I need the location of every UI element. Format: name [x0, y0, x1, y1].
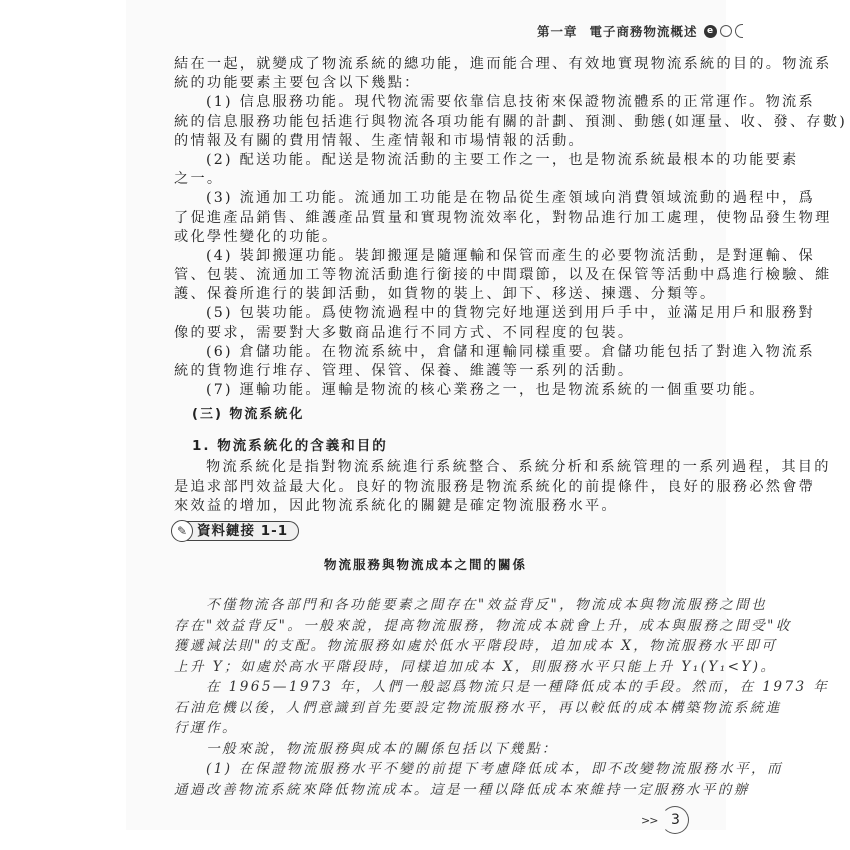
text-line: 上升 Y；如處於高水平階段時，同樣追加成本 X，則服務水平只能上升 Y₁(Y₁<… [174, 657, 677, 678]
text-line: 之一。 [174, 170, 677, 189]
header-decoration: e [704, 24, 743, 38]
paragraph-storage: (6) 倉儲功能。在物流系統中，倉儲和運輸同樣重要。倉儲功能包括了對進入物流系 … [174, 343, 677, 381]
info-paragraph: 不僅物流各部門和各功能要素之間存在"效益背反"，物流成本與物流服務之間也 存在"… [174, 595, 677, 677]
chapter-label: 第一章 [537, 22, 578, 40]
info-box-text: 不僅物流各部門和各功能要素之間存在"效益背反"，物流成本與物流服務之間也 存在"… [174, 595, 677, 800]
paragraph-intro: 結在一起，就變成了物流系統的總功能，進而能合理、有效地實現物流系統的目的。物流系… [174, 55, 677, 93]
text-line: 的情報及有關的費用情報、生產情報和市場情報的活動。 [174, 132, 677, 151]
text-line: 統的功能要素主要包含以下幾點： [174, 74, 677, 93]
double-chevron-icon: >> [641, 814, 657, 827]
text-line: 統的貨物進行堆存、管理、保管、保養、維護等一系列的活動。 [174, 362, 677, 381]
paragraph-packaging: (5) 包裝功能。爲使物流過程中的貨物完好地運送到用戶手中，並滿足用戶和服務對 … [174, 304, 677, 342]
info-paragraph: (1) 在保證物流服務水平不變的前提下考慮降低成本，即不改變物流服務水平，而 通… [174, 759, 677, 800]
chapter-title: 電子商務物流概述 [590, 22, 698, 40]
pencil-circle-icon: ✎ [171, 520, 193, 542]
text-line: 一般來說，物流服務與成本的關係包括以下幾點： [174, 739, 677, 760]
text-line: 通過改善物流系統來降低物流成本。這是一種以降低成本來維持一定服務水平的辦 [174, 780, 677, 801]
page-number: 3 [661, 806, 689, 834]
info-paragraph: 在 1965—1973 年，人們一般認爲物流只是一種降低成本的手段。然而，在 1… [174, 677, 677, 739]
text-line: 在 1965—1973 年，人們一般認爲物流只是一種降低成本的手段。然而，在 1… [174, 677, 677, 698]
paragraph-distribution: (2) 配送功能。配送是物流活動的主要工作之一，也是物流系統最根本的功能要素 之… [174, 151, 677, 189]
text-line: 物流系統化是指對物流系統進行系統整合、系統分析和系統管理的一系列過程，其目的 [174, 458, 677, 477]
paragraph-handling: (4) 裝卸搬運功能。裝卸搬運是隨運輸和保管而產生的必要物流活動，是對運輸、保 … [174, 247, 677, 305]
paragraph-transport: (7) 運輸功能。運輸是物流的核心業務之一，也是物流系統的一個重要功能。 [174, 381, 677, 400]
text-line: (2) 配送功能。配送是物流活動的主要工作之一，也是物流系統最根本的功能要素 [174, 151, 677, 170]
text-line: 統的信息服務功能包括進行與物流各項功能有關的計劃、預測、動態(如運量、收、發、存… [174, 113, 677, 132]
text-line: (3) 流通加工功能。流通加工功能是在物品從生產領域向消費領域流動的過程中，爲 [174, 189, 677, 208]
text-line: 不僅物流各部門和各功能要素之間存在"效益背反"，物流成本與物流服務之間也 [174, 595, 677, 616]
running-header: 第一章 電子商務物流概述 e [537, 21, 743, 41]
text-line: 獲遞減法則"的支配。物流服務如處於低水平階段時，追加成本 X，物流服務水平即可 [174, 636, 677, 657]
text-line: (7) 運輸功能。運輸是物流的核心業務之一，也是物流系統的一個重要功能。 [174, 381, 677, 400]
info-box-title: 物流服務與物流成本之間的關係 [174, 555, 677, 573]
text-line: 存在"效益背反"。一般來說，提高物流服務，物流成本就會上升，成本與服務之間受"收 [174, 616, 677, 637]
text-line: 護、保養所進行的裝卸活動，如貨物的裝上、卸下、移送、揀選、分類等。 [174, 285, 677, 304]
text-line: (1) 信息服務功能。現代物流需要依靠信息技術來保證物流體系的正常運作。物流系 [174, 93, 677, 112]
ring-icon [720, 25, 732, 37]
text-line: 像的要求，需要對大多數商品進行不同方式、不同程度的包裝。 [174, 324, 677, 343]
text-line: 石油危機以後，人們意識到首先要設定物流服務水平，再以較低的成本構築物流系統進 [174, 698, 677, 719]
text-line: 是追求部門效益最大化。良好的物流服務是物流系統化的前提條件，良好的服務必然會帶 [174, 478, 677, 497]
text-line: 結在一起，就變成了物流系統的總功能，進而能合理、有效地實現物流系統的目的。物流系 [174, 55, 677, 74]
text-line: (6) 倉儲功能。在物流系統中，倉儲和運輸同樣重要。倉儲功能包括了對進入物流系 [174, 343, 677, 362]
text-line: (1) 在保證物流服務水平不變的前提下考慮降低成本，即不改變物流服務水平，而 [174, 759, 677, 780]
section-heading: (三) 物流系統化 [174, 404, 677, 426]
half-ring-icon [735, 24, 743, 38]
text-line: 了促進產品銷售、維護產品質量和實現物流效率化，對物品進行加工處理，使物品發生物理 [174, 209, 677, 228]
info-link-badge: ✎ 資料鏈接 1-1 [171, 520, 299, 542]
badge-label: 資料鏈接 1-1 [187, 521, 299, 541]
text-line: 或化學性變化的功能。 [174, 228, 677, 247]
text-line: 行運作。 [174, 718, 677, 739]
subsection-heading: 1. 物流系統化的含義和目的 [174, 434, 677, 458]
main-text: 結在一起，就變成了物流系統的總功能，進而能合理、有效地實現物流系統的目的。物流系… [174, 55, 677, 516]
text-line: 來效益的增加，因此物流系統化的關鍵是確定物流服務水平。 [174, 497, 677, 516]
paragraph-processing: (3) 流通加工功能。流通加工功能是在物品從生產領域向消費領域流動的過程中，爲 … [174, 189, 677, 247]
text-line: 管、包裝、流通加工等物流活動進行銜接的中間環節，以及在保管等活動中爲進行檢驗、維 [174, 266, 677, 285]
info-paragraph: 一般來說，物流服務與成本的關係包括以下幾點： [174, 739, 677, 760]
paragraph-systemization: 物流系統化是指對物流系統進行系統整合、系統分析和系統管理的一系列過程，其目的 是… [174, 458, 677, 516]
paragraph-info-service: (1) 信息服務功能。現代物流需要依靠信息技術來保證物流體系的正常運作。物流系 … [174, 93, 677, 151]
text-line: (5) 包裝功能。爲使物流過程中的貨物完好地運送到用戶手中，並滿足用戶和服務對 [174, 304, 677, 323]
e-circle-icon: e [704, 25, 717, 38]
text-line: (4) 裝卸搬運功能。裝卸搬運是隨運輸和保管而產生的必要物流活動，是對運輸、保 [174, 247, 677, 266]
page-number-marker: >> 3 [641, 806, 689, 834]
